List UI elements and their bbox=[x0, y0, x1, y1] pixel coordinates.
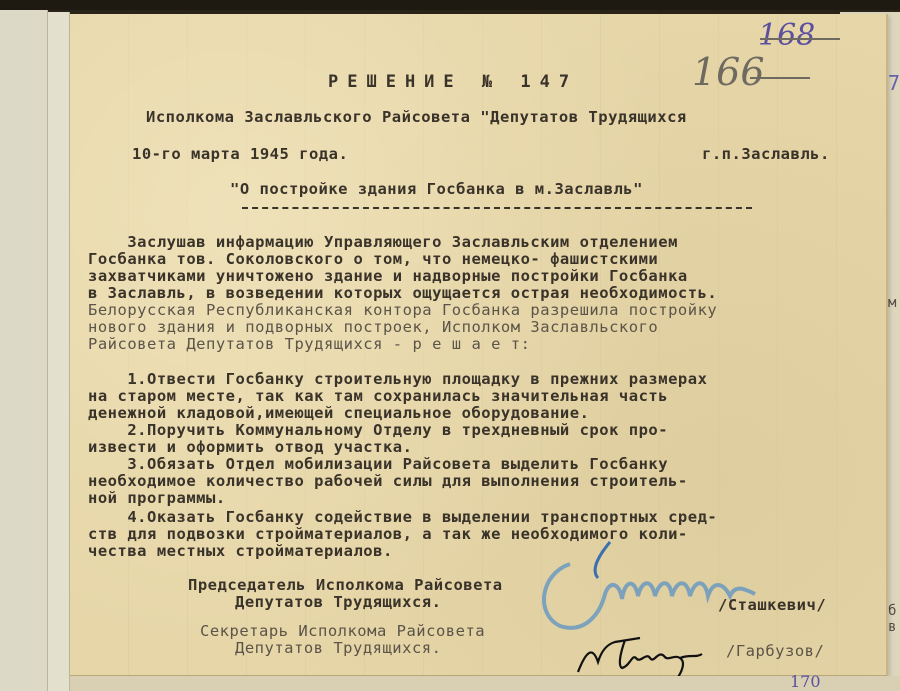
edge-text: в bbox=[888, 618, 896, 636]
edge-text: 7 bbox=[888, 74, 900, 92]
underline-mark bbox=[750, 77, 810, 79]
document-title: РЕШЕНИЕ № 147 bbox=[328, 72, 578, 92]
decision-item-1: 1.Отвести Госбанку строительную площадку… bbox=[88, 370, 707, 388]
text-line: захватчиками уничтожено здание и надворн… bbox=[88, 267, 688, 285]
archive-number-bottom: 170 bbox=[790, 672, 821, 691]
decision-item-2: 2.Поручить Коммунальному Отделу в трехдн… bbox=[88, 421, 668, 439]
document-subject: "О постройке здания Госбанка в м.Заславл… bbox=[230, 180, 643, 198]
page-spine bbox=[48, 12, 70, 691]
issuer-line: Исполкома Заславльского Райсовета "Депут… bbox=[146, 108, 687, 126]
decision-item-4: 4.Оказать Госбанку содействие в выделени… bbox=[88, 508, 717, 526]
text-line: Райсовета Депутатов Трудящихся - р е ш а… bbox=[88, 335, 530, 353]
document-sheet: 168 166 РЕШЕНИЕ № 147 Исполкома Заславль… bbox=[70, 14, 888, 676]
text-line: в Заславль, в возведении которых ощущает… bbox=[88, 284, 717, 302]
subject-underline bbox=[242, 207, 752, 209]
text-line: необходимое количество рабочей силы для … bbox=[88, 472, 688, 490]
text-line: Белорусская Республиканская контора Госб… bbox=[88, 301, 717, 319]
text-line: нового здания и подворных построек, Испо… bbox=[88, 318, 658, 336]
text-line: денежной кладовой,имеющей специальное об… bbox=[88, 404, 589, 422]
text-line: ной программы. bbox=[88, 489, 226, 507]
left-facing-page bbox=[0, 10, 48, 691]
decision-item-3: 3.Обязать Отдел мобилизации Райсовета вы… bbox=[88, 455, 668, 473]
edge-text: м bbox=[888, 294, 896, 312]
text-line: чества местных стройматериалов. bbox=[88, 542, 393, 560]
document-place: г.п.Заславль. bbox=[702, 145, 830, 163]
binder-top-edge bbox=[0, 0, 900, 10]
chairman-title-cont: Депутатов Трудящихся. bbox=[235, 593, 441, 611]
secretary-handwritten-signature bbox=[570, 624, 730, 684]
chairman-title: Председатель Исполкома Райсовета bbox=[188, 576, 503, 594]
text-line: Госбанка тов. Соколовского о том, что не… bbox=[88, 250, 658, 268]
secretary-title: Секретарь Исполкома Райсовета bbox=[200, 622, 485, 640]
archive-number-old: 168 bbox=[758, 18, 815, 53]
strikethrough-line bbox=[760, 38, 840, 40]
document-date: 10-го марта 1945 года. bbox=[132, 145, 348, 163]
lower-sheet-edge: 170 bbox=[70, 676, 900, 691]
secretary-name: /Гарбузов/ bbox=[726, 642, 824, 660]
text-line: извести и оформить отвод участка. bbox=[88, 438, 412, 456]
archive-number-new: 166 bbox=[692, 50, 765, 94]
text-line: Заслушав инфармацию Управляющего Заславл… bbox=[88, 233, 678, 251]
secretary-title-cont: Депутатов Трудящихся. bbox=[235, 639, 441, 657]
text-line: на старом месте, так как там сохранилась… bbox=[88, 387, 668, 405]
